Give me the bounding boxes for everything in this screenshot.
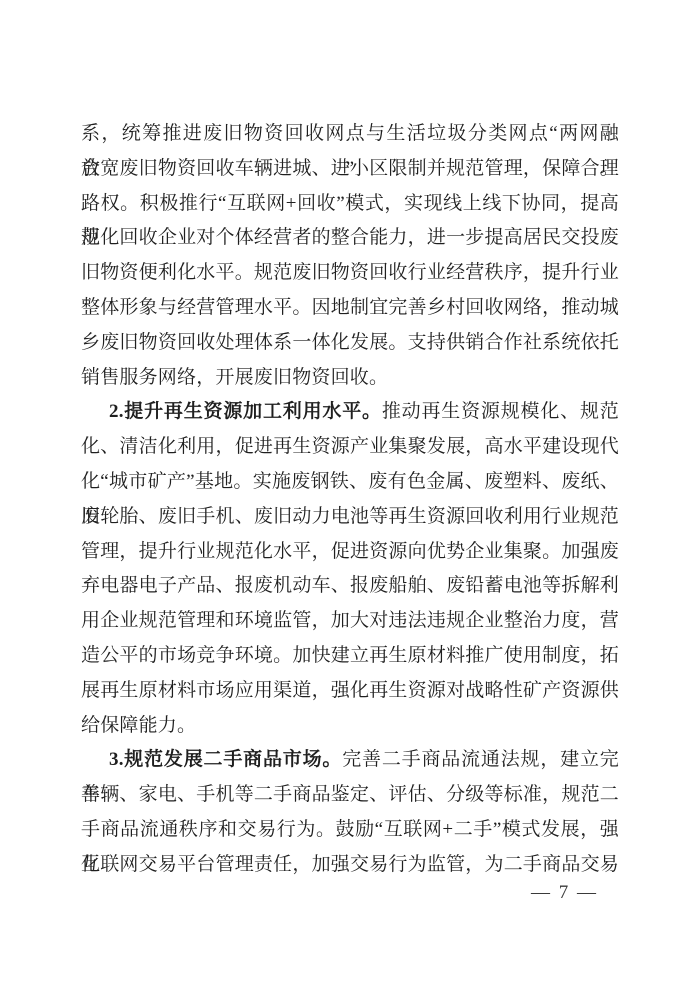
document-page: 系，统筹推进废旧物资回收网点与生活垃圾分类网点“两网融合”。放宽废旧物资回收车辆… [0, 0, 700, 990]
text-line: 车辆、家电、手机等二手商品鉴定、评估、分级等标准，规范二 [81, 778, 619, 813]
text-line: 旧物资便利化水平。规范废旧物资回收行业经营秩序，提升行业 [81, 256, 619, 291]
text-line: 弃电器电子产品、报废机动车、报废船舶、废铅蓄电池等拆解利 [81, 569, 619, 604]
text-line: 范化回收企业对个体经营者的整合能力，进一步提高居民交投废 [81, 221, 619, 256]
text-line: 2.提升再生资源加工利用水平。推动再生资源规模化、规范 [81, 395, 619, 430]
text-line: 乡废旧物资回收处理体系一体化发展。支持供销合作社系统依托 [81, 326, 619, 361]
text-line: 旧轮胎、废旧手机、废旧动力电池等再生资源回收利用行业规范 [81, 500, 619, 535]
text-line: 管理，提升行业规范化水平，促进资源向优势企业集聚。加强废 [81, 535, 619, 570]
text-line: 整体形象与经营管理水平。因地制宜完善乡村回收网络，推动城 [81, 291, 619, 326]
text-line: 路权。积极推行“互联网+回收”模式，实现线上线下协同，提高规 [81, 187, 619, 222]
text-line: 给保障能力。 [81, 709, 619, 744]
document-lines: 系，统筹推进废旧物资回收网点与生活垃圾分类网点“两网融合”。放宽废旧物资回收车辆… [81, 117, 619, 883]
text-line: 系，统筹推进废旧物资回收网点与生活垃圾分类网点“两网融合”。 [81, 117, 619, 152]
text-line: 3.规范发展二手商品市场。完善二手商品流通法规，建立完善 [81, 743, 619, 778]
text-line: 放宽废旧物资回收车辆进城、进小区限制并规范管理，保障合理 [81, 152, 619, 187]
page-number: — 7 — [81, 878, 619, 908]
text-line: 化“城市矿产”基地。实施废钢铁、废有色金属、废塑料、废纸、废 [81, 465, 619, 500]
text-line: 销售服务网络，开展废旧物资回收。 [81, 361, 619, 396]
paragraph-heading: 3.规范发展二手商品市场。 [109, 749, 342, 770]
paragraph-heading: 2.提升再生资源加工利用水平。 [109, 401, 382, 422]
text-line: 手商品流通秩序和交易行为。鼓励“互联网+二手”模式发展，强化 [81, 813, 619, 848]
text-line: 化、清洁化利用，促进再生资源产业集聚发展，高水平建设现代 [81, 430, 619, 465]
text-line: 展再生原材料市场应用渠道，强化再生资源对战略性矿产资源供 [81, 674, 619, 709]
text-line: 用企业规范管理和环境监管，加大对违法违规企业整治力度，营 [81, 604, 619, 639]
text-line: 造公平的市场竞争环境。加快建立再生原材料推广使用制度，拓 [81, 639, 619, 674]
